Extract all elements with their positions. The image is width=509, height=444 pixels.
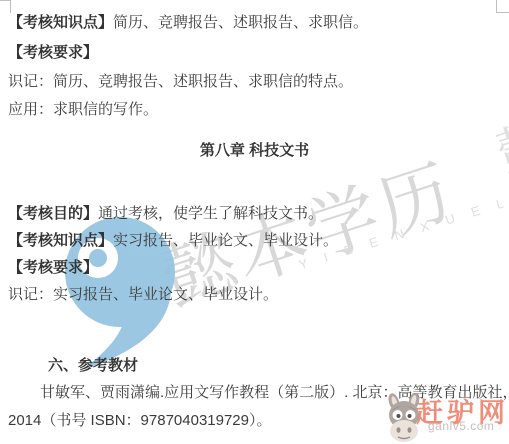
document-page: 懿本学历 Y I B E N X U E L I 懿 【考核知识点】简历、竞聘报… bbox=[0, 0, 509, 444]
requirements-label-prev: 【考核要求】 bbox=[8, 44, 98, 61]
reference-entry-line2: 2014（书号 ISBN：9787040319729）。 bbox=[8, 411, 272, 431]
apply-line-prev: 应用：求职信的写作。 bbox=[8, 100, 158, 120]
crop-mark-top-right-horizontal bbox=[496, 12, 509, 13]
requirements-label-ch8: 【考核要求】 bbox=[8, 259, 98, 276]
knowledge-points-text-ch8: 实习报告、毕业论文、毕业设计。 bbox=[113, 232, 338, 249]
knowledge-points-label-prev: 【考核知识点】 bbox=[8, 14, 113, 31]
memorize-line-ch8: 识记：实习报告、毕业论文、毕业设计。 bbox=[8, 285, 278, 305]
memorize-line-prev: 识记：简历、竞聘报告、述职报告、求职信的特点。 bbox=[8, 72, 353, 92]
site-badge-url: ganlv5.com bbox=[428, 419, 494, 433]
site-badge: 赶驴网 ganlv5.com bbox=[384, 390, 509, 444]
crop-mark-top-left-vertical bbox=[10, 0, 11, 13]
references-heading: 六、参考教材 bbox=[48, 356, 138, 376]
crop-mark-top-left-horizontal bbox=[0, 0, 11, 1]
purpose-line: 【考核目的】通过考核，使学生了解科技文书。 bbox=[8, 204, 323, 224]
chapter-heading: 第八章 科技文书 bbox=[0, 139, 509, 160]
requirements-line-ch8: 【考核要求】 bbox=[8, 258, 98, 278]
knowledge-points-label-ch8: 【考核知识点】 bbox=[8, 232, 113, 249]
requirements-line-prev: 【考核要求】 bbox=[8, 43, 98, 63]
knowledge-points-line-prev: 【考核知识点】简历、竞聘报告、述职报告、求职信。 bbox=[8, 13, 368, 33]
knowledge-points-text-prev: 简历、竞聘报告、述职报告、求职信。 bbox=[113, 14, 368, 31]
knowledge-points-line-ch8: 【考核知识点】实习报告、毕业论文、毕业设计。 bbox=[8, 231, 338, 251]
purpose-label: 【考核目的】 bbox=[8, 205, 98, 222]
purpose-text: 通过考核，使学生了解科技文书。 bbox=[98, 205, 323, 222]
